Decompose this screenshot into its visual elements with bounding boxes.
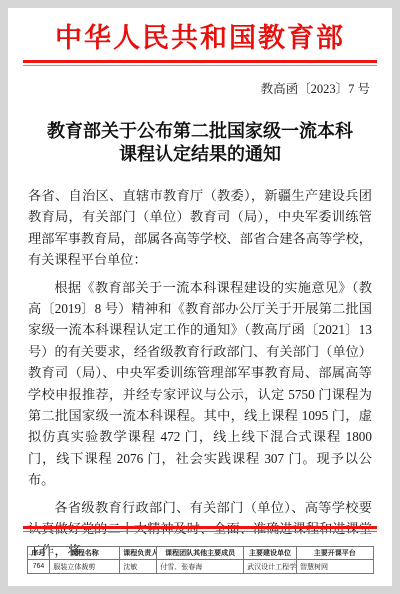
column-header-main-unit: 主要建设单位 xyxy=(244,547,297,560)
annex-divider-thin-line xyxy=(23,531,377,533)
cell-team-members: 付雪、张春海 xyxy=(157,560,244,574)
column-header-serial: 序号 xyxy=(27,547,50,560)
scanned-document-viewport: 中华人民共和国教育部 教高函〔2023〕7 号 教育部关于公布第二批国家级一流本… xyxy=(0,0,400,594)
cell-course-leader: 沈敏 xyxy=(120,560,157,574)
course-list-table: 序号 课程名称 课程负责人 课程团队其他主要成员 主要建设单位 主要开课平台 7… xyxy=(27,546,374,574)
annex-page-fragment: 序号 课程名称 课程负责人 课程团队其他主要成员 主要建设单位 主要开课平台 7… xyxy=(8,526,392,574)
column-header-course-leader: 课程负责人 xyxy=(120,547,157,560)
notice-title: 教育部关于公布第二批国家级一流本科 课程认定结果的通知 xyxy=(8,120,392,166)
column-header-platform: 主要开课平台 xyxy=(297,547,373,560)
cell-main-unit: 武汉设计工程学院 xyxy=(244,560,297,574)
cell-serial: 764 xyxy=(27,560,50,574)
course-table-header-row: 序号 课程名称 课程负责人 课程团队其他主要成员 主要建设单位 主要开课平台 xyxy=(27,547,373,560)
column-header-course-name: 课程名称 xyxy=(50,547,120,560)
notice-body: 各省、自治区、直辖市教育厅（教委），新疆生产建设兵团教育局，有关部门（单位）教育… xyxy=(28,185,372,567)
divider-thin-line xyxy=(23,65,377,67)
notice-title-line-1: 教育部关于公布第二批国家级一流本科 xyxy=(8,120,392,143)
annex-divider-thick-line xyxy=(23,526,377,529)
letterhead-divider-line xyxy=(23,60,377,67)
cell-platform: 智慧树网 xyxy=(297,560,373,574)
document-number: 教高函〔2023〕7 号 xyxy=(8,79,370,97)
paragraph-main: 根据《教育部关于一流本科课程建设的实施意见》（教高〔2019〕8 号）精神和《教… xyxy=(28,277,372,491)
letterhead-org-name: 中华人民共和国教育部 xyxy=(8,16,392,55)
course-table-row: 764 服装立体裁剪 沈敏 付雪、张春海 武汉设计工程学院 智慧树网 xyxy=(27,560,373,574)
notice-title-line-2: 课程认定结果的通知 xyxy=(8,143,392,166)
document-page: 中华人民共和国教育部 教高函〔2023〕7 号 教育部关于公布第二批国家级一流本… xyxy=(8,8,392,586)
column-header-team-members: 课程团队其他主要成员 xyxy=(157,547,244,560)
annex-divider-line xyxy=(23,526,377,533)
cell-course-name: 服装立体裁剪 xyxy=(50,560,120,574)
paragraph-addressees: 各省、自治区、直辖市教育厅（教委），新疆生产建设兵团教育局，有关部门（单位）教育… xyxy=(28,185,372,271)
divider-thick-line xyxy=(23,60,377,63)
